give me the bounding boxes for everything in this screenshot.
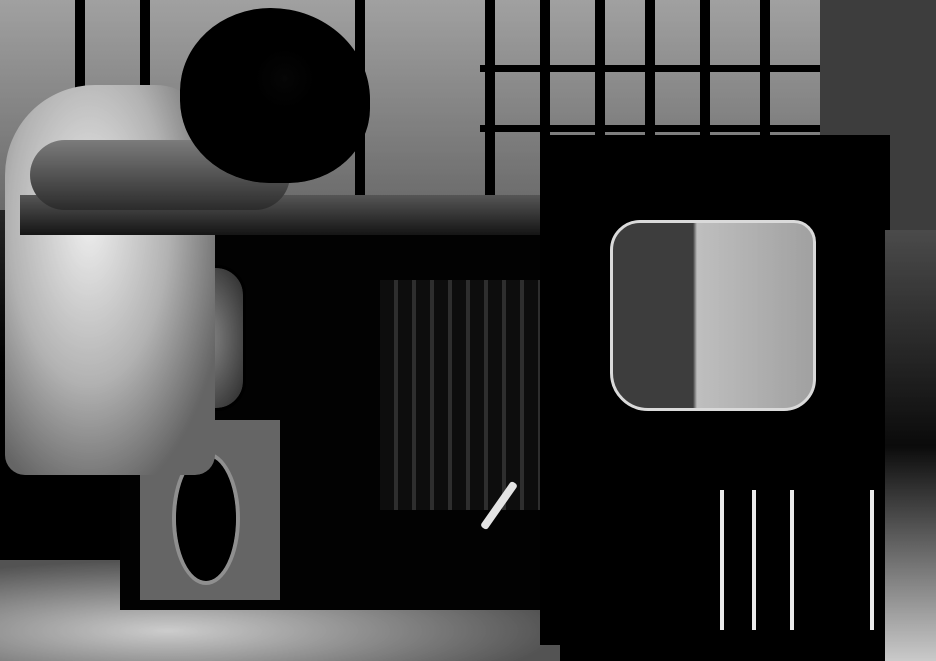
background-right: [885, 230, 936, 661]
photograph: [0, 0, 936, 661]
grille-slat: [720, 490, 724, 630]
grille-slat: [790, 490, 794, 630]
grille-slat: [752, 490, 756, 630]
window-crossbar: [480, 125, 820, 132]
grille-slat: [870, 490, 874, 630]
window-crossbar: [480, 65, 820, 72]
television-screen: [610, 220, 816, 411]
chassis-components: [380, 280, 550, 510]
window-bar: [485, 0, 495, 215]
